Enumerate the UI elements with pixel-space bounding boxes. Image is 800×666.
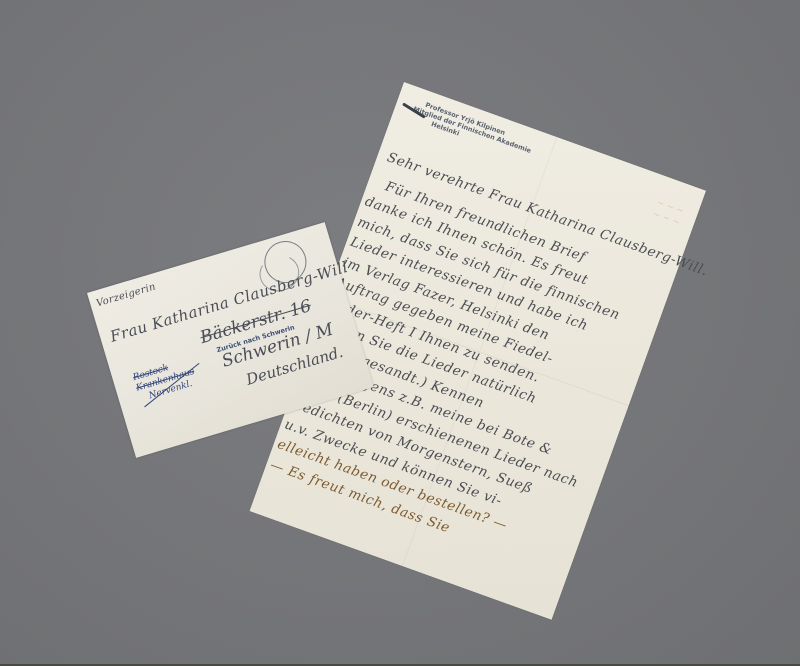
blue-ink-note: Rostock Krankenhaus Nervenkl.: [132, 356, 199, 405]
show-through-ink: ~ ~ ~~ ~ ~: [651, 197, 686, 229]
